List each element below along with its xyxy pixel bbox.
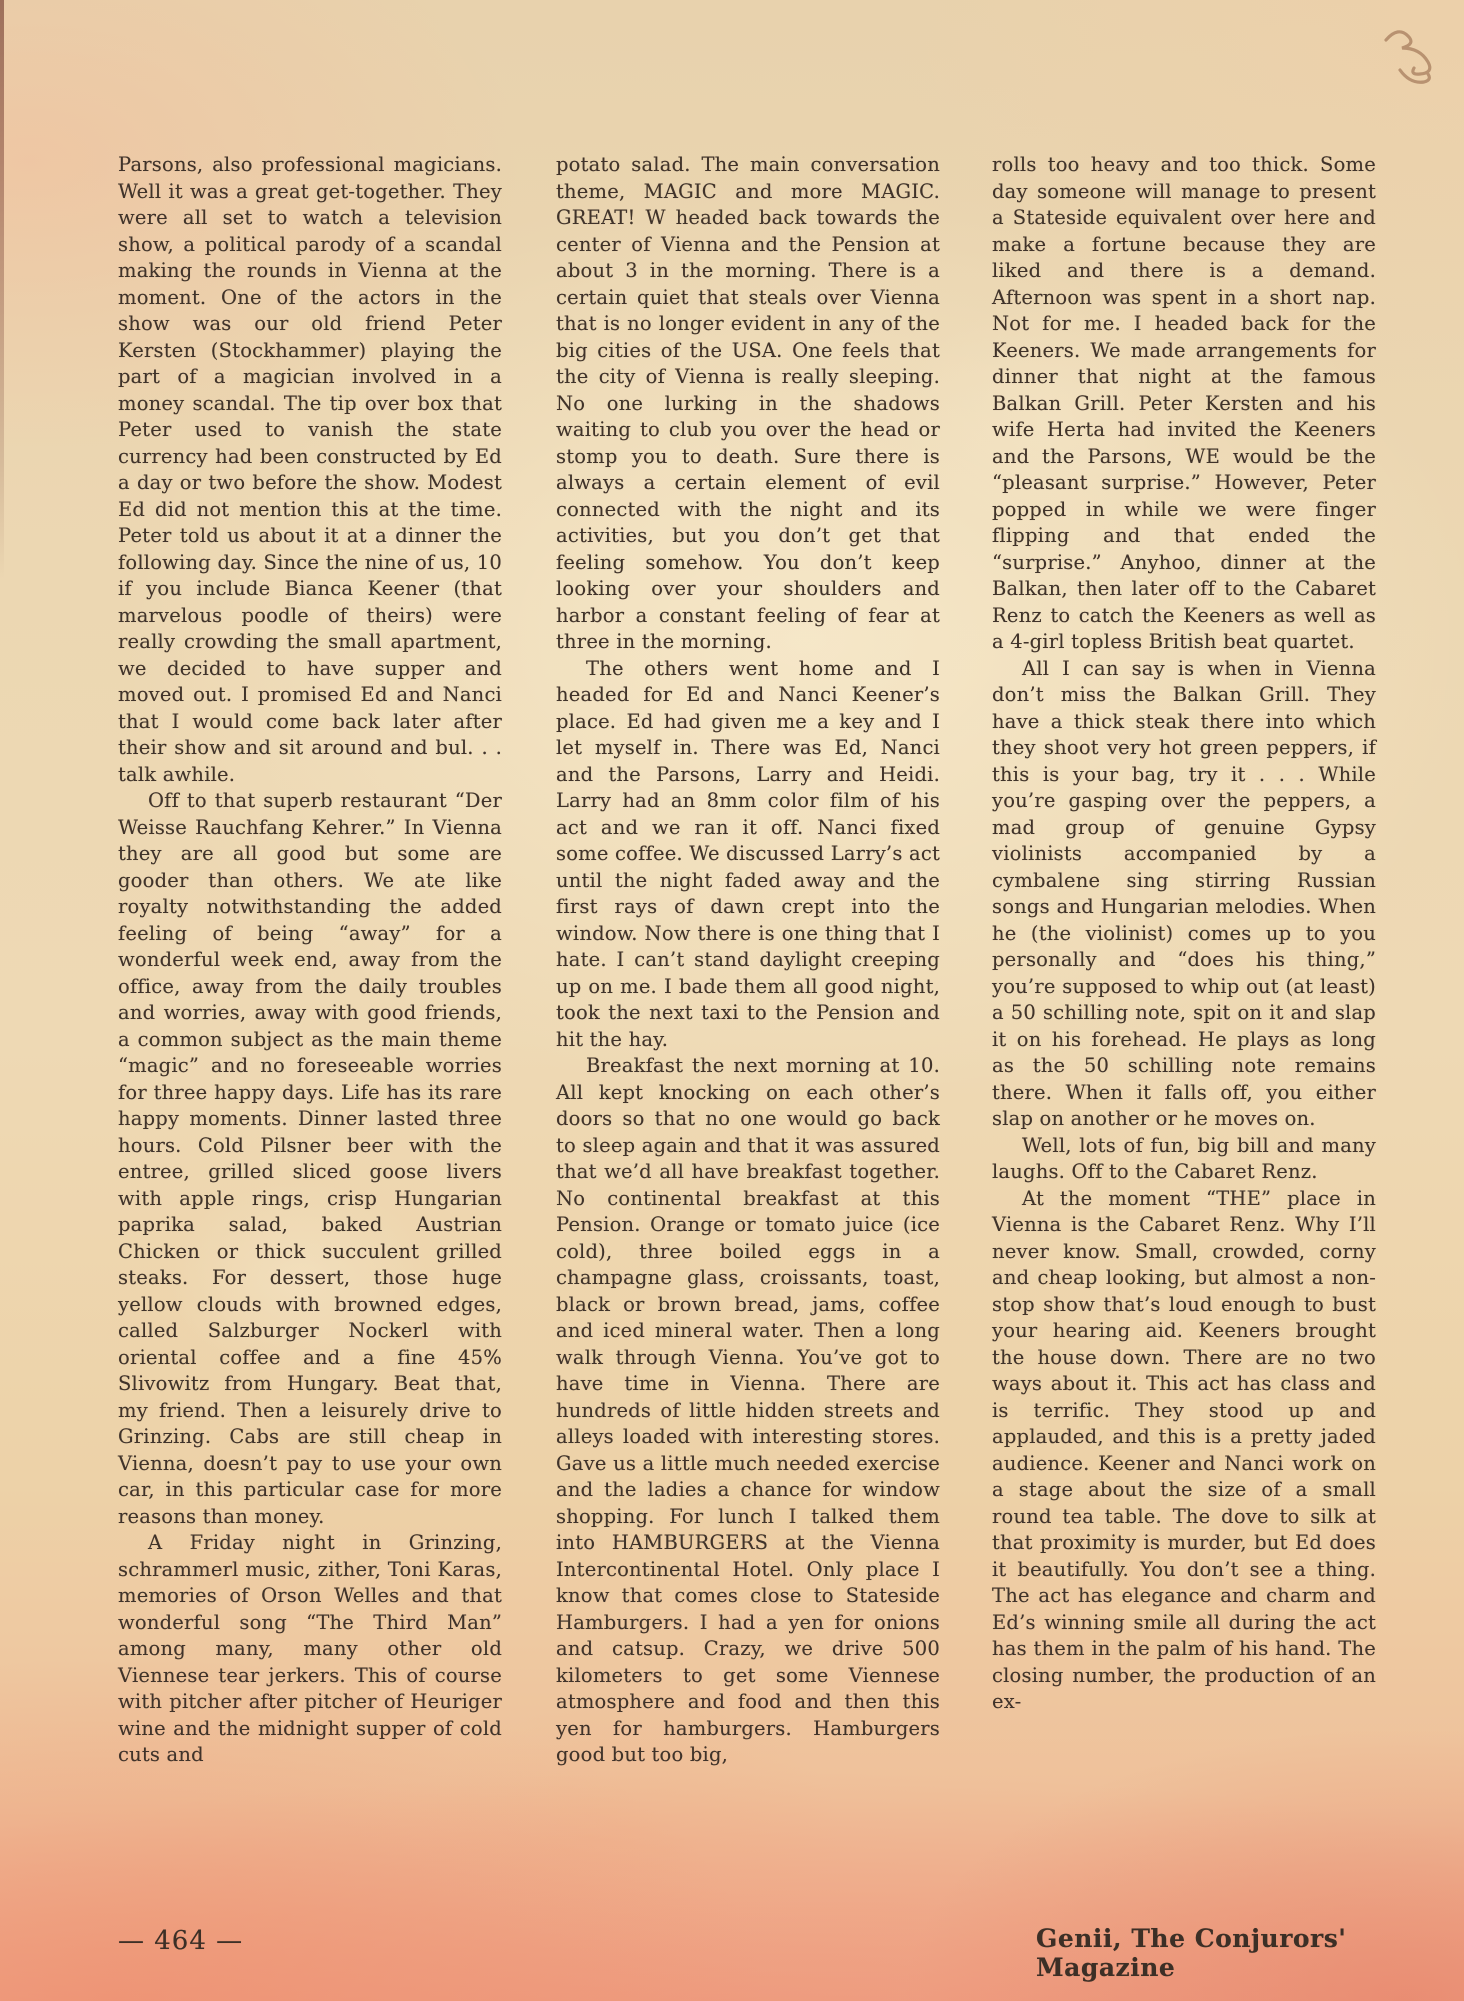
paragraph: All I can say is when in Vienna don’t mi… [992,656,1376,1133]
paragraph: potato salad. The main conversation them… [556,152,940,656]
magazine-title: Genii, The Conjurors' Magazine [1036,1924,1464,1982]
paragraph: Well, lots of fun, big bill and many lau… [992,1133,1376,1186]
paragraph: Breakfast the next morning at 10. All ke… [556,1053,940,1769]
magazine-page: Parsons, also professional magicians. We… [0,0,1464,2001]
text-column-3: rolls too heavy and too thick. Some day … [992,152,1376,1716]
paragraph: Off to that superb restaurant “Der Weiss… [118,788,502,1530]
paragraph: Parsons, also professional magicians. We… [118,152,502,788]
pen-scribble-mark [1372,18,1452,108]
page-edge-shadow [0,0,4,580]
paragraph: A Friday night in Grinzing, schrammerl m… [118,1530,502,1769]
text-column-1: Parsons, also professional magicians. We… [118,152,502,1769]
text-column-2: potato salad. The main conversation them… [556,152,940,1769]
page-number: — 464 — [118,1926,243,1956]
paragraph: rolls too heavy and too thick. Some day … [992,152,1376,656]
paragraph: At the moment “THE” place in Vienna is t… [992,1186,1376,1716]
paragraph: The others went home and I headed for Ed… [556,656,940,1054]
